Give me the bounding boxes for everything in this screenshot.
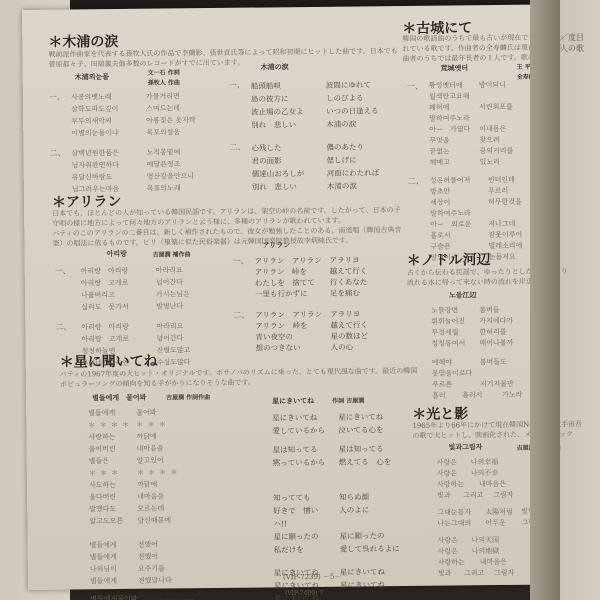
lyric-line: 칭칭동여서 bbox=[431, 338, 479, 350]
lyric-line: 애달픈정조 bbox=[147, 158, 181, 170]
lyric-line: 알고있어 bbox=[137, 455, 164, 467]
lyric-line: 무엇을 bbox=[429, 135, 479, 147]
lyric-line: 허무한것을 bbox=[488, 197, 522, 208]
lyric-line: 어두운 bbox=[485, 518, 521, 529]
verse-marker: 一、 bbox=[49, 91, 72, 139]
lyric-line: 사랑하는 bbox=[88, 431, 136, 444]
lyric-line: ＊ ＊ ＊ ＊ bbox=[137, 466, 179, 478]
lyric-line: 足を痛む bbox=[330, 287, 360, 298]
lyric-line: 못믿을이로다 bbox=[432, 368, 480, 380]
adjacent-text-line: 人の歌 bbox=[560, 43, 584, 54]
lyric-line: 밤이되니 bbox=[479, 80, 506, 91]
lyric-line: 내마음을 bbox=[137, 491, 164, 503]
lyric-line: 눈물져요 bbox=[489, 252, 516, 263]
lyric-line: 人の心 bbox=[330, 342, 353, 353]
lyric-line: 십리도 못가서 bbox=[81, 301, 156, 314]
lyric-line: 별들에게 bbox=[90, 551, 138, 564]
lyric-line: 내마음은 bbox=[480, 557, 507, 568]
lyric-line: 삼학도파도깊이 bbox=[71, 103, 146, 116]
lyric-line: 知ってても bbox=[273, 491, 339, 505]
lyric-line: 흘러 bbox=[432, 390, 462, 401]
lyric-line: 모르는데 bbox=[137, 503, 164, 515]
lyric-line: 이별의눈물이냐 bbox=[71, 127, 146, 140]
lyric-line: ハ!! bbox=[273, 517, 339, 531]
lyric-line: 一里も行かずに bbox=[255, 288, 330, 300]
lyric-line: 성은허물어져 bbox=[430, 175, 488, 187]
verse-marker: 二、 bbox=[229, 142, 252, 194]
lyric-line: 흘러서 bbox=[462, 390, 502, 401]
lyric-line: …………………… bbox=[138, 592, 194, 600]
lyric-line: 나의地獄 bbox=[472, 546, 500, 557]
lyric-line: 매어나볼까 bbox=[479, 338, 513, 349]
lyric-line: 한허리를 bbox=[479, 327, 506, 338]
lyric-line: 星は知ってる bbox=[339, 442, 384, 455]
lyric-line: 알고도모른 bbox=[89, 515, 137, 528]
lyric-line: 요주기를 bbox=[138, 563, 165, 575]
lyric-line: アリラン アリラン bbox=[255, 309, 330, 321]
lyric-line: 사공의뱃노래 bbox=[71, 91, 146, 104]
lyric-line: 세상이 bbox=[430, 197, 488, 209]
lyric-line: 목포의노래 bbox=[147, 182, 181, 194]
lyric-line: 君の面影 bbox=[252, 154, 327, 168]
lyric-line: 아리랑 고개로 bbox=[81, 277, 156, 290]
lyric-line: 이내몸은 bbox=[479, 124, 506, 135]
lyric-line: 아ー 가엾다 bbox=[429, 124, 479, 136]
lyric-line: 星の数ほど bbox=[330, 330, 368, 341]
verse-marker: 一、 bbox=[229, 80, 252, 132]
lyric-line: 星にきいてね bbox=[340, 578, 385, 591]
page-curl-shadow bbox=[530, 0, 560, 600]
lyric-line: 星にきいてね bbox=[272, 411, 338, 425]
lyric-line: ＊ ＊ ＊ bbox=[136, 419, 167, 431]
lyric-line: 봄버들 bbox=[479, 305, 499, 316]
korean-title: 아리랑 bbox=[107, 249, 127, 259]
lyric-line: 님자취완연하다 bbox=[72, 159, 147, 172]
adjacent-page bbox=[555, 0, 600, 600]
lyric-line: 黙っているから bbox=[273, 456, 339, 470]
lyric-line: 폐허에 bbox=[429, 102, 479, 114]
adjacent-text-line: ／度目 bbox=[560, 32, 584, 43]
lyric-line: 울어버린 bbox=[89, 443, 137, 456]
lyric-line: 木浦の涙 bbox=[327, 180, 357, 193]
lyric-line: 말했다도 bbox=[89, 503, 137, 516]
japanese-credits: 作詞 吉屋潤 bbox=[332, 395, 364, 404]
verse-marker: 一、 bbox=[233, 256, 255, 300]
lyric-line: 好きで 憎い bbox=[273, 504, 339, 518]
lyric-line: アリラン アリラン bbox=[255, 255, 330, 267]
lyric-line: 홀로서 bbox=[430, 230, 488, 242]
lyric-line: 나의幸福 bbox=[471, 457, 499, 468]
lyric-line: 사랑은 bbox=[437, 457, 471, 468]
lyric-line: 星に願ったの bbox=[273, 530, 339, 544]
lyric-line: 별들에게 bbox=[90, 575, 138, 588]
lyric-line: 빈터인데 bbox=[488, 175, 515, 186]
lyric-line: 까닭에 bbox=[137, 479, 157, 491]
lyric-line: 스며드는데 bbox=[146, 102, 180, 114]
lyric-line: アリラン 峠を bbox=[255, 266, 330, 278]
lyric-line: 그대눈동자 bbox=[437, 507, 485, 519]
lyric-line: 전했어 bbox=[138, 539, 158, 551]
korean-title: 빛과그림자 bbox=[449, 442, 483, 452]
lyric-line: 그리고 bbox=[463, 490, 493, 501]
lyric-line: 心残した bbox=[251, 141, 326, 155]
lyric-line: アリラン 峠を bbox=[255, 320, 330, 332]
lyric-line: 青い夜空の bbox=[255, 331, 330, 343]
lyric-line: 넘어간다 bbox=[156, 276, 183, 288]
lyric-line: 越えて行く bbox=[330, 265, 368, 276]
under-page-number: (VIP-7409) 7 bbox=[285, 590, 323, 597]
lyric-line: 저나그네 bbox=[488, 219, 515, 230]
japanese-title: 木浦の涙 bbox=[261, 62, 289, 72]
lyric-line: 가노라 bbox=[502, 390, 522, 401]
lyric-line: 전했어 bbox=[138, 551, 158, 563]
lyric-line: 行くあなた bbox=[330, 276, 368, 287]
verse-marker: 一、 bbox=[407, 81, 430, 169]
song-credits: 吉屋潤 作詞作曲 bbox=[166, 392, 210, 401]
lyric-line: 찾으려 bbox=[479, 135, 499, 146]
lyric-line: ＊ ＊ ＊ ＊ bbox=[88, 419, 136, 432]
lyric-line: 방초만 bbox=[430, 186, 488, 198]
lyric-line: 愛して呉れるよに bbox=[340, 542, 400, 556]
lyric-line: 아라리요 bbox=[156, 320, 183, 332]
lyric-line: 나를버리고 bbox=[81, 289, 156, 302]
lyric-line: 벌레소리에 bbox=[488, 241, 522, 252]
lyric-line: 아리랑 아리랑 bbox=[81, 321, 156, 334]
lyric-line: 아리랑 아리랑 bbox=[81, 265, 156, 278]
lyric-line: 私だけを bbox=[274, 543, 340, 557]
korean-lyrics: 노들강변봄버들 휘휘늘어진가지에다가 무정세월한허리를 칭칭동여서매어나볼까 에… bbox=[431, 305, 522, 402]
song-description-hoshi: バティの1967年度の大ヒット・オリジナルです。ボサノバのリズムに乗った、とても… bbox=[60, 366, 418, 390]
lyric-line: 노들강변 bbox=[431, 305, 479, 317]
lyric-line: 人のよに bbox=[339, 503, 369, 516]
lyric-line: 말하여주노라 bbox=[430, 208, 488, 220]
song-description-kiura: 戦前派作曲家を代表する孫牧人氏の作品で李蘭影、張世貞氏等によって昭和初期にヒット… bbox=[48, 46, 397, 70]
japanese-verses: 一、 アリラン アリランアラリヨ アリラン 峠を越えて行く わたしを 捨てて行く… bbox=[233, 254, 369, 353]
lyric-line: 偲しげに bbox=[327, 154, 357, 167]
japanese-title: 星にきいてね bbox=[272, 396, 314, 406]
lyric-line: 別れ 悲しい bbox=[251, 118, 326, 132]
lyric-line: 사랑은 bbox=[438, 546, 472, 557]
lyric-line: 가물거리면 bbox=[146, 90, 180, 102]
lyric-line: 아리랑 고개로 bbox=[81, 333, 156, 346]
lyric-line: アラリヨ bbox=[330, 308, 360, 319]
lyric-line: 있노라 bbox=[480, 157, 500, 168]
lyric-line: 월색만고요해 bbox=[429, 91, 479, 103]
lyric-line: 나의不幸 bbox=[471, 468, 499, 479]
lyric-line: 泣いてる心を bbox=[338, 423, 383, 436]
japanese-title: アリラン bbox=[262, 240, 290, 250]
lyric-line: 빛과 bbox=[438, 568, 464, 579]
lyric-line: 그림자 bbox=[494, 568, 514, 579]
korean-title: 荒城옛터 bbox=[441, 63, 469, 73]
lyric-line: 別れ 悲しい bbox=[252, 180, 327, 194]
lyric-line: 꿈의거리를 bbox=[479, 146, 513, 157]
lyric-line: 그리고 bbox=[464, 568, 494, 579]
lyric-line: 愛しているから bbox=[272, 424, 338, 438]
adjacent-page-text: ／度目 人の歌 bbox=[560, 32, 584, 54]
lyric-line: 영산강을안으니 bbox=[147, 170, 194, 182]
lyric-line: 넘어간다 bbox=[156, 332, 183, 344]
lyric-line: 儂のあたり bbox=[326, 140, 364, 153]
lyric-line: 가지에다가 bbox=[479, 316, 513, 327]
lyric-line: 내마음은 bbox=[479, 479, 506, 490]
korean-title: 木浦의눈물 bbox=[75, 72, 109, 82]
lyric-line: 저기저물만 bbox=[480, 379, 514, 390]
verse-marker: 二、 bbox=[233, 310, 255, 354]
lyric-line: 황성옛터에 bbox=[429, 80, 479, 92]
lyric-line: 波止場の乙女よ bbox=[251, 105, 326, 119]
korean-lyrics: 사랑은나의幸福 사랑은나의不幸 사랑하는내마음은 빛과그리고그림자 그대눈동자太… bbox=[437, 457, 543, 580]
japanese-verses: 一、 船頭船唄波間にゆれて 島の彼方にしのびよる 波止場の乙女よいつの日逢える … bbox=[229, 78, 380, 194]
lyric-line: 아ー 외로운 bbox=[430, 219, 488, 231]
lyric-line: 나의天国 bbox=[472, 535, 500, 546]
lyric-line: 그림자 bbox=[493, 490, 513, 501]
page-number: (VIP-7239) －5－ bbox=[283, 572, 342, 583]
lyric-line: 울다버린 bbox=[89, 491, 137, 504]
lyric-line: 끝없는 bbox=[429, 146, 479, 158]
lyric-line: 삼백년원한품은 bbox=[71, 147, 146, 160]
lyric-line: 당신때문에 bbox=[137, 514, 171, 526]
lyric-line: 河面にわたれば bbox=[327, 166, 380, 180]
song-credits: 吉屋潤 補作曲 bbox=[153, 249, 191, 258]
lyric-line: 아롱젖은 옷자락 bbox=[146, 114, 196, 127]
lyric-line: 까닭에 bbox=[136, 431, 156, 443]
lyric-line: 사랑은 bbox=[438, 535, 472, 546]
lyric-line: 越えて行く bbox=[330, 319, 368, 330]
lyric-line: 푸르른 bbox=[432, 379, 480, 391]
lyric-line: しのびよる bbox=[326, 91, 364, 104]
lyric-line: 나는그대의 bbox=[437, 518, 485, 530]
composer-credit: 孫牧人 作曲 bbox=[148, 78, 180, 88]
lyric-line: 잔별도많고 bbox=[157, 344, 191, 356]
lyric-line: 가시는님은 bbox=[156, 288, 190, 300]
lyric-line: 휘휘늘어진 bbox=[431, 316, 479, 328]
lyric-line: 유달산바람도 bbox=[72, 171, 147, 184]
lyric-line: 星に願ったの bbox=[339, 529, 384, 542]
lyric-line: 말하여주노라 bbox=[429, 113, 479, 125]
song-credits: 文一石 作詞 孫牧人 作曲 bbox=[148, 68, 180, 88]
lyric-line: 나의님이 bbox=[90, 563, 138, 576]
song-description-arirang: 日本でも、ほとんどの人が知っている韓国民謡です。アリランは、架空の峠の名前です。… bbox=[52, 205, 401, 249]
korean-title: 별들에게 물어봐 bbox=[92, 393, 146, 404]
lyric-line: 星は知ってる bbox=[273, 443, 339, 457]
lyric-line: 사랑은 bbox=[437, 468, 471, 479]
lyric-line: 想のつきない bbox=[255, 342, 330, 354]
lyricist-credit: 文一石 作詞 bbox=[148, 68, 180, 78]
lyric-line: 빛과 bbox=[437, 490, 463, 501]
lyric-line: 노적봉밑에 bbox=[146, 146, 180, 158]
lyric-line: 별들은 bbox=[89, 455, 137, 468]
lyric-line: 별들에게물어봐 bbox=[90, 593, 138, 600]
lyric-line: 星にきいてね bbox=[338, 410, 383, 423]
lyric-line: 燃えてる 心を bbox=[339, 455, 392, 469]
lyric-line: 波間にゆれて bbox=[326, 78, 371, 91]
korean-verses: 一、 사공의뱃노래가물거리면 삼학도파도깊이스며드는데 부두의새악씨아롱젖은 옷… bbox=[49, 90, 197, 196]
lyric-line: 목포의설움 bbox=[146, 126, 180, 138]
korean-lyrics: 별들에게물어봐 ＊ ＊ ＊ ＊＊ ＊ ＊ 사랑하는까닭에 울어버린내마음을 별들… bbox=[88, 406, 194, 600]
lyric-line: 수심도많다 bbox=[157, 356, 191, 368]
lyric-line: 儒達山おろしが bbox=[252, 167, 327, 181]
lyric-line: 별들에게 bbox=[88, 407, 136, 420]
lyric-line: 서린회포를 bbox=[479, 102, 513, 113]
lyric-line: 木浦の涙 bbox=[326, 118, 356, 131]
korean-verses: 一、 황성옛터에밤이되니 월색만고요해 폐허에서린회포를 말하여주노라 아ー 가… bbox=[407, 80, 523, 264]
lyric-line: 전했답니다 bbox=[138, 574, 172, 586]
lyric-line: 사도하는 bbox=[89, 479, 137, 492]
lyric-line: 知らぬ顔 bbox=[339, 490, 369, 503]
lyric-line: 부두의새악씨 bbox=[71, 115, 146, 128]
lyric-line: 船頭船唄 bbox=[251, 79, 326, 93]
verse-marker: 二、 bbox=[49, 147, 72, 195]
lyric-line: 에헤야 bbox=[432, 357, 480, 369]
lyric-line: 太陽처럼 bbox=[485, 507, 521, 518]
lyric-line: ＊ ＊ ＊ bbox=[89, 467, 137, 480]
korean-title: 노들江辺 bbox=[449, 290, 477, 300]
lyric-line: アラリヨ bbox=[330, 254, 360, 265]
verse-marker: 一、 bbox=[55, 265, 82, 313]
lyric-sheet-page: ＊木浦の涙 戦前派作曲家を代表する孫牧人氏の作品で李蘭影、張世貞氏等によって昭和… bbox=[22, 5, 548, 590]
lyric-line: 발병난다 bbox=[156, 300, 183, 312]
lyric-line: わたしを 捨てて bbox=[255, 277, 330, 289]
lyric-line: いつの日逢える bbox=[326, 104, 379, 118]
lyric-line: 물어봐 bbox=[136, 407, 156, 419]
lyric-line: 무정세월 bbox=[431, 327, 479, 339]
lyric-line: 헤매고 bbox=[430, 157, 480, 169]
lyric-line: 사랑하는 bbox=[438, 557, 480, 568]
lyric-line: 봄버들도 bbox=[480, 357, 507, 368]
lyric-line: 잠못이루어 bbox=[488, 230, 522, 241]
lyric-line: 사랑하는 bbox=[437, 479, 479, 490]
lyric-line: 아라리요 bbox=[156, 264, 183, 276]
lyric-line: 내마음을 bbox=[137, 443, 164, 455]
lyric-line: 星にきいてね bbox=[340, 565, 385, 578]
lyric-line: 푸르러 bbox=[488, 186, 508, 197]
lyric-line: 별들에게 bbox=[90, 539, 138, 552]
lyric-line: 島の彼方に bbox=[251, 92, 326, 106]
